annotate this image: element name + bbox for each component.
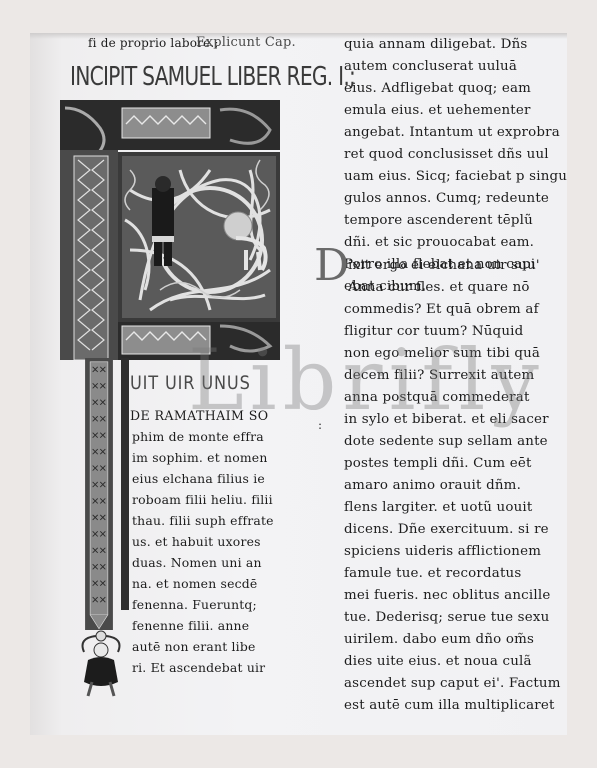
text-line: uam eius. Sicq; faciebat p singu [344,169,567,184]
atlas-figure [76,630,126,700]
text-line: dote sedente sup sellam ante [344,434,548,449]
text-line: emula eius. et uehementer [344,103,531,118]
historiated-initial-f [60,100,280,360]
text-line: roboam filii heliu. filii [132,492,273,507]
text-line: eius. Adfligebat quoq; eam [344,81,531,96]
text-line: phim de monte effra [132,429,264,444]
text-line: tempore ascenderent tēplũ [344,213,533,228]
text-line: Anna cur fles. et quare nō [348,280,530,295]
text-line: est autē cum illa multiplicaret [344,698,555,713]
text-line: gulos annos. Cumq; redeunte [344,191,549,206]
text-line: us. et habuit uxores [132,534,261,549]
text-line: ascendet sup caput ei'. Factum [344,676,561,691]
text-line: thau. filii suph effrate [132,513,274,528]
text-line: amaro animo orauit dñm. [344,478,521,493]
initial-stem [77,358,121,630]
text-line: quia annam diligebat. Dñs [344,37,528,52]
text-line: commedis? Et quā obrem af [344,302,539,317]
text-line: na. et nomen secdē [132,576,257,591]
watermark: Librifly [188,338,545,422]
text-line: autē non erant libe [132,639,256,654]
text-line: duas. Nomen uni an [132,555,262,570]
text-line: tue. Dederisq; serue tue sexu [344,610,549,625]
text-line: fenenne filii. anne [132,618,249,633]
text-line: fenenna. Fueruntq; [132,597,257,612]
text-line: postes templi dñi. Cum eēt [344,456,532,471]
incipit-title: INCIPIT SAMUEL LIBER REG. I.; [70,62,355,92]
text-line: dñi. et sic prouocabat eam. [344,235,534,250]
header-rubric: Explicunt Cap. [196,35,296,50]
text-line: dies uite eius. et noua culã [344,654,532,669]
text-line: spiciens uideris afflictionem [344,544,541,559]
text-line: famule tue. et recordatus [344,566,521,581]
text-line: ixit ergo ei elchana uir suu' [348,258,540,273]
text-line: ri. Et ascendebat uir [132,660,265,675]
text-line: flens largiter. et uotũ uouit [344,500,532,515]
text-line: angebat. Intantum ut exprobra [344,125,560,140]
text-line: im sophim. et nomen [132,450,268,465]
text-line: eius elchana filius ie [132,471,265,486]
text-line: autem concluserat uuluā [344,59,517,74]
initial-stem-edge [121,358,129,610]
text-line: mei fueris. nec oblitus ancille [344,588,550,603]
text-line: ret quod conclusisset dñs uul [344,147,549,162]
text-line: uirilem. dabo eum dño om̃s [344,632,534,647]
text-line: dicens. Dñe exercituum. si re [344,522,549,537]
drop-cap-d: D [314,244,349,288]
